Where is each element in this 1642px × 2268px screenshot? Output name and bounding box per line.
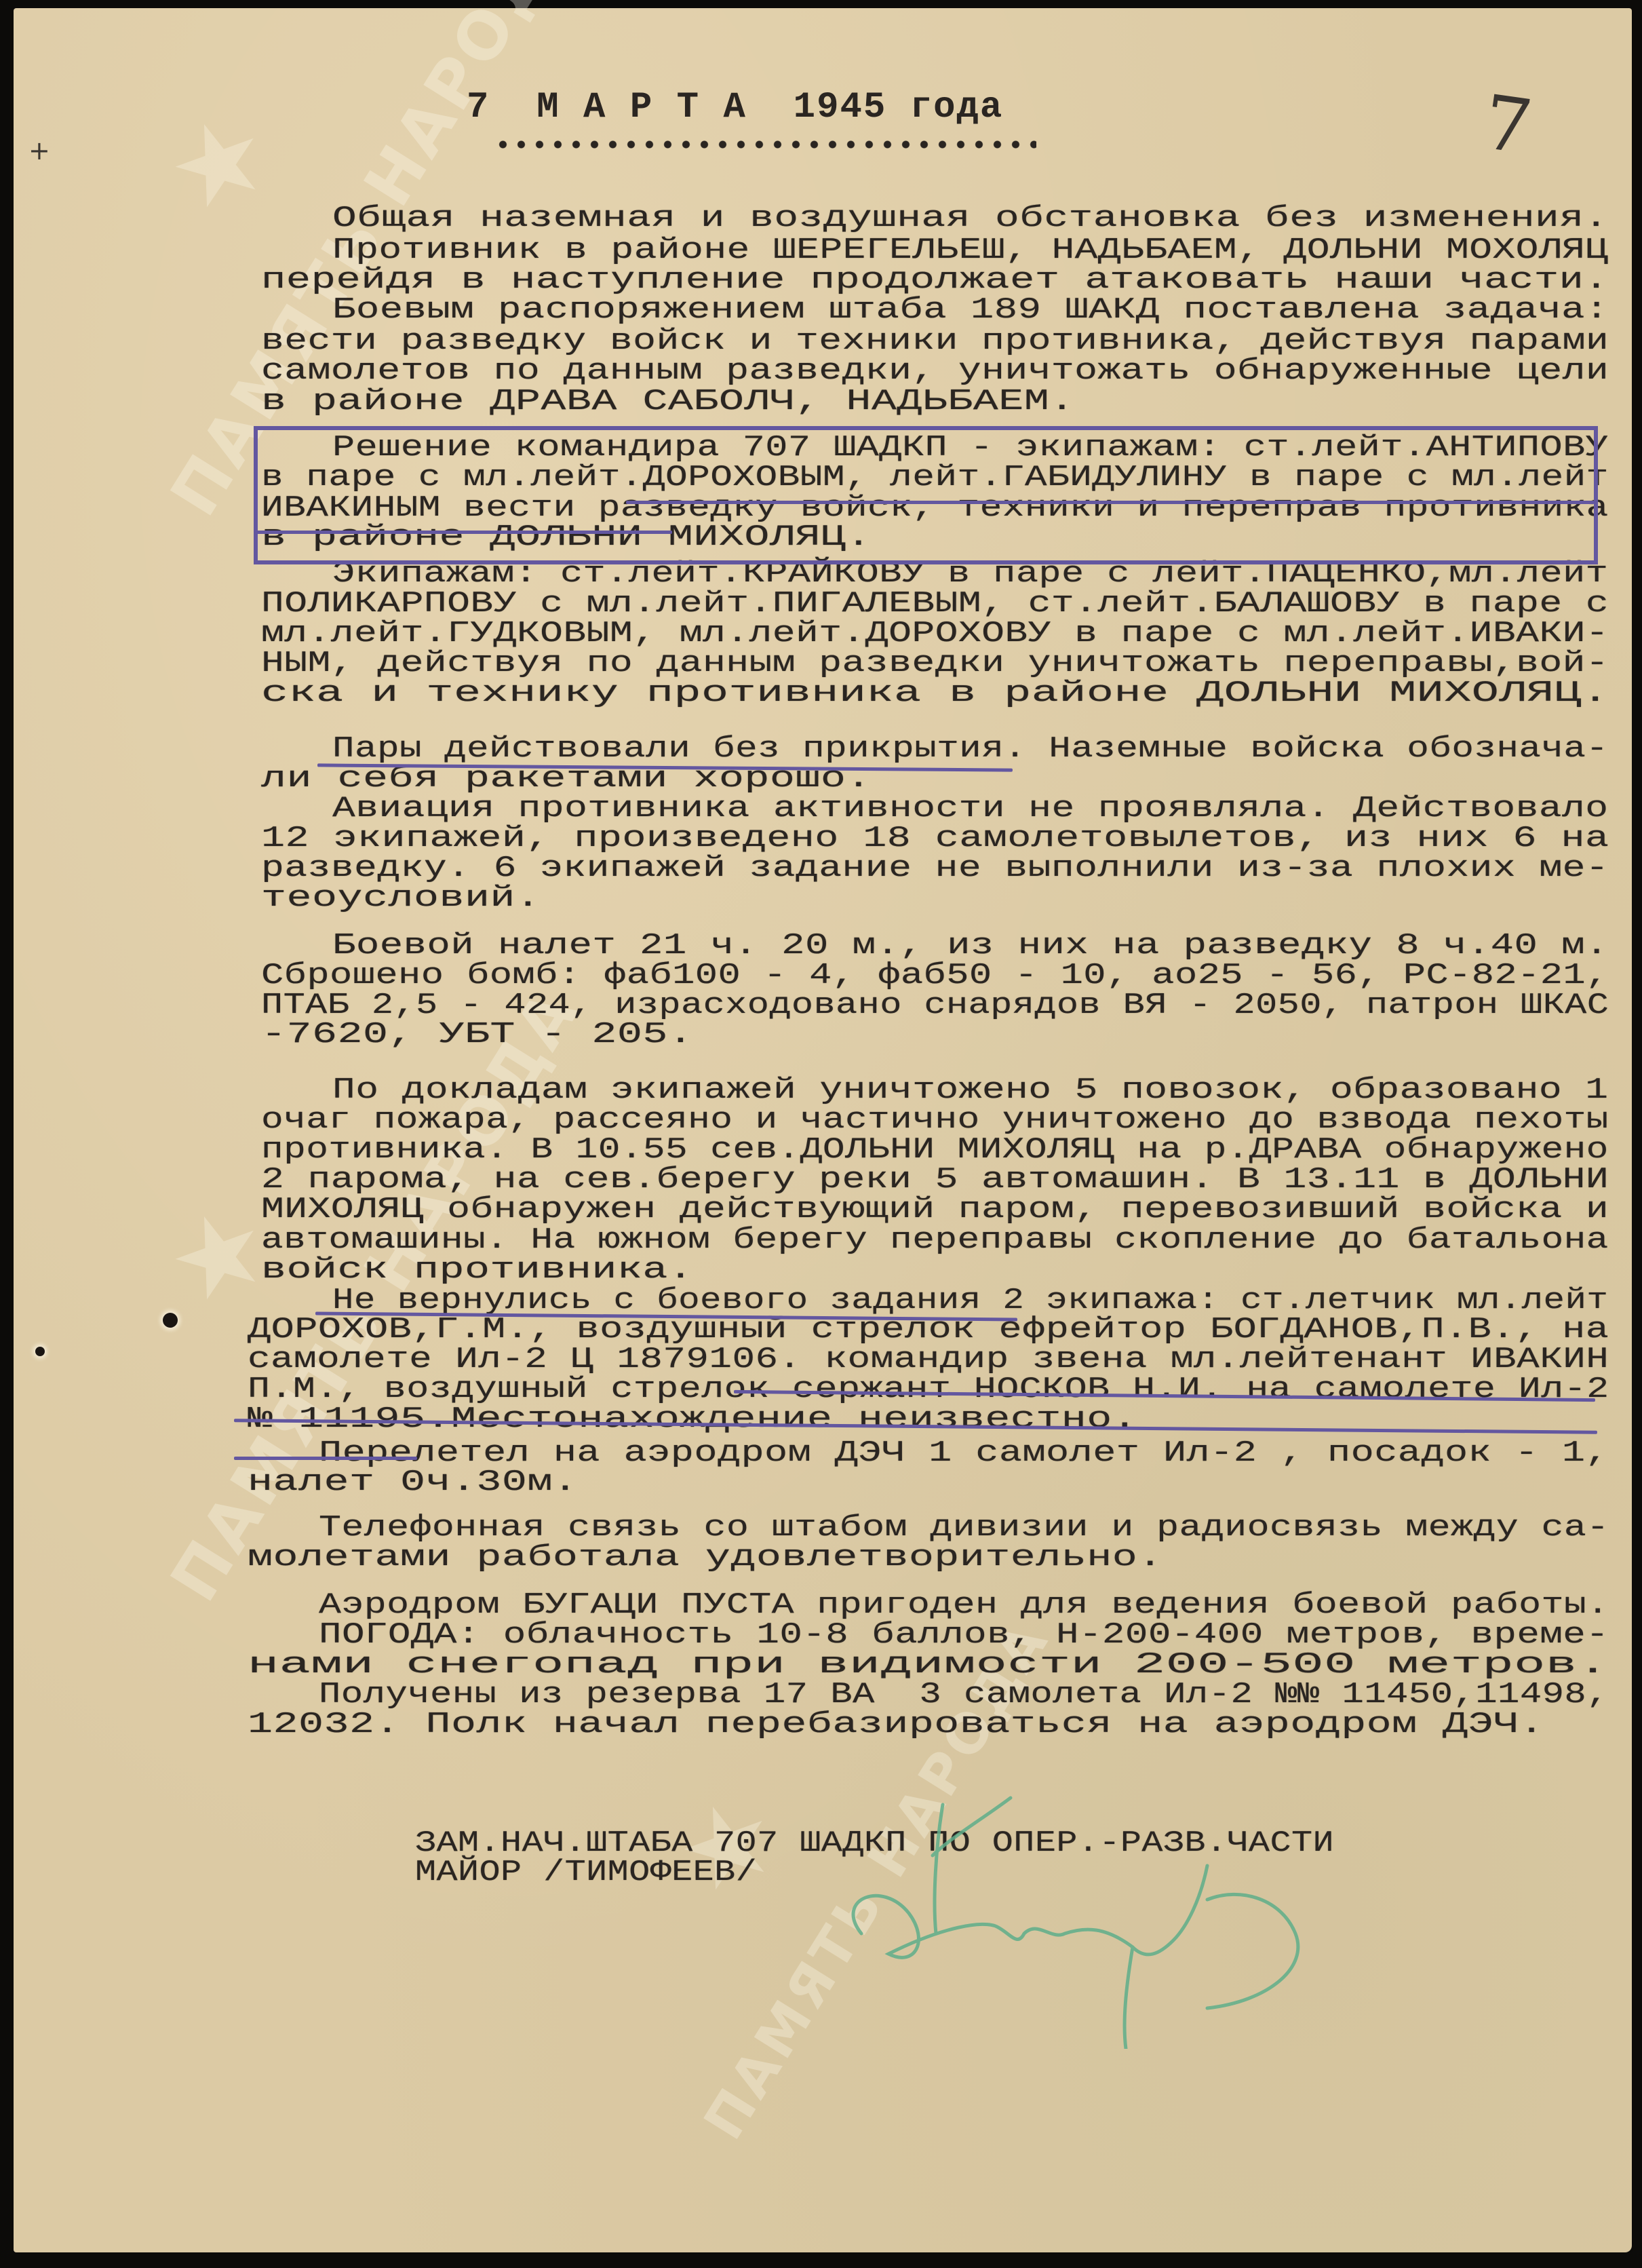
document-line: самолетов по данным разведки, уничтожать… [261, 356, 1609, 386]
document-line: Пары действовали без прикрытия. Наземные… [332, 734, 1608, 764]
document-line: 2 парома, на сев.берегу реки 5 автомашин… [261, 1165, 1609, 1195]
underline-annotation [234, 1457, 417, 1460]
document-line: Телефонная связь со штабом дивизии и рад… [319, 1513, 1609, 1543]
document-line: Боевым распоряжением штаба 189 ШАКД пост… [332, 295, 1609, 325]
document-line: -7620, УБТ - 205. [261, 1020, 693, 1050]
document-line: противника. В 10.55 сев.ДОЛЬНИ МИХОЛЯЦ н… [261, 1135, 1609, 1165]
document-line: очаг пожара, рассеяно и частично уничтож… [261, 1105, 1609, 1135]
document-line: Общая наземная и воздушная обстановка бе… [332, 204, 1609, 233]
underline-annotation [255, 531, 672, 534]
document-line: самолете Ил-2 Ц 1879106. командир звена … [248, 1345, 1609, 1375]
document-line: ПОГОДА: облачность 10-8 баллов, Н-200-40… [319, 1620, 1609, 1650]
document-line: нами снегопад при видимости 200-500 метр… [248, 1650, 1609, 1680]
document-line: разведку. 6 экипажей задание не выполнил… [261, 853, 1609, 883]
document-line: Перелетел на аэродром ДЭЧ 1 самолет Ил-2… [319, 1438, 1609, 1468]
document-line: НЫМ, действуя по данным разведки уничтож… [261, 649, 1609, 678]
underline-annotation [626, 501, 1595, 504]
document-line: автомашины. На южном берегу переправы ск… [261, 1225, 1609, 1255]
margin-tick-mark: + [28, 136, 50, 166]
document-line: войск противника. [261, 1255, 693, 1285]
document-line: ПТАБ 2,5 - 424, израсходовано снарядов В… [261, 991, 1609, 1020]
signature-name: МАЙОР /ТИМОФЕЕВ/ [415, 1858, 757, 1887]
document-line: 12 экипажей, произведено 18 самолетовыле… [261, 824, 1609, 853]
document-line: Авиация противника активности не проявля… [332, 794, 1608, 824]
document-line: Получены из резерва 17 ВА 3 самолета Ил-… [319, 1680, 1609, 1710]
document-line: вести разведку войск и техники противник… [261, 326, 1609, 356]
document-line: Боевой налет 21 ч. 20 м., из них на разв… [332, 931, 1609, 961]
document-line: мл.лейт.ГУДКОВЫМ, мл.лейт.ДОРОХОВУ в пар… [261, 619, 1609, 649]
document-line: Аэродром БУГАЦИ ПУСТА пригоден для веден… [319, 1590, 1609, 1620]
document-line: Сброшено бомб: фаб100 - 4, фаб50 - 10, а… [261, 961, 1609, 991]
document-line: 12032. Полк начал перебазироваться на аэ… [248, 1710, 1544, 1740]
document-line: в районе ДРАВА САБОЛЧ, НАДЬБАЕМ. [261, 387, 1075, 417]
highlight-box-decision [254, 426, 1598, 564]
binder-hole [163, 1313, 178, 1328]
document-line: По докладам экипажей уничтожено 5 повозо… [332, 1075, 1608, 1105]
document-line: МИХОЛЯЦ обнаружен действующий паром, пер… [261, 1195, 1609, 1225]
binder-hole [35, 1347, 45, 1356]
document-line: налет 0ч.30м. [248, 1467, 578, 1497]
document-line: перейдя в наступление продолжает атакова… [261, 265, 1609, 295]
document-line: Противник в районе ШЕРЕГЕЛЬЕШ, НАДЬБАЕМ,… [332, 235, 1608, 265]
document-date-title: 7 М А Р Т А 1945 года [467, 87, 1003, 128]
document-line: ПОЛИКАРПОВУ с мл.лейт.ПИГАЛЕВЫМ, ст.лейт… [261, 589, 1609, 619]
document-line: № 11195.Местонахождение неизвестно. [248, 1404, 1137, 1434]
document-line: теоусловий. [261, 883, 541, 913]
title-underline-dots [494, 140, 1036, 149]
document-line: Не вернулись с боевого задания 2 экипажа… [332, 1286, 1608, 1315]
handwritten-signature [780, 1764, 1390, 2049]
document-line: ска и технику противника в районе ДОЛЬНИ… [261, 678, 1609, 708]
document-line: молетами работала удовлетворительно. [248, 1543, 1163, 1573]
